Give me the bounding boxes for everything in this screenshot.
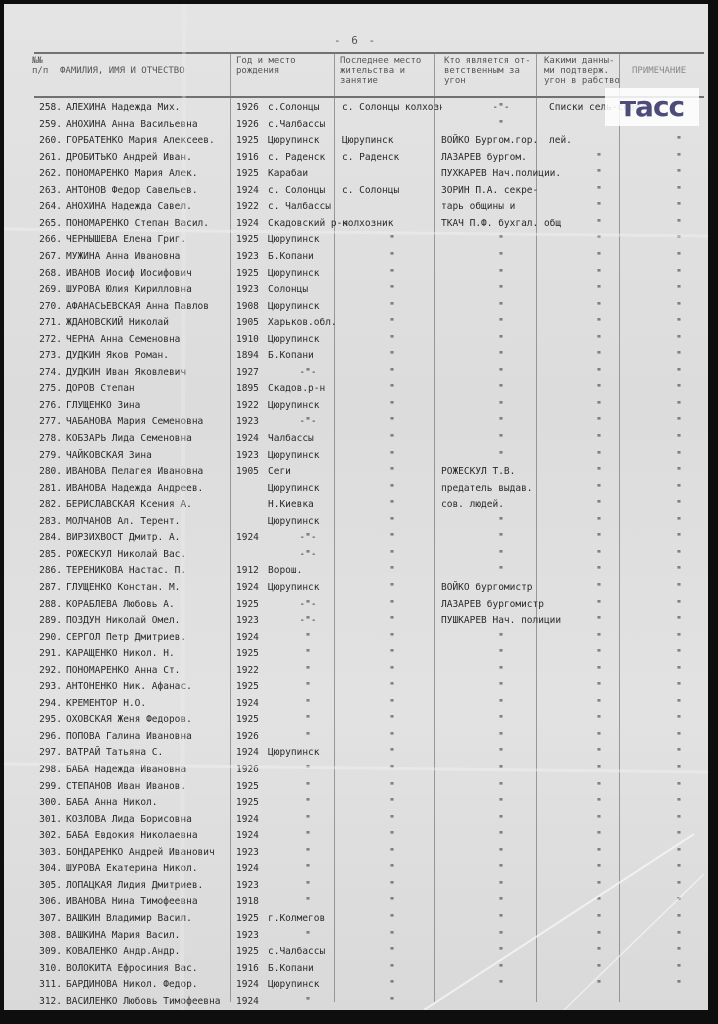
cell-proof: " (549, 597, 649, 612)
cell-year: 1905 (236, 315, 266, 330)
cell-place: с.Чалбассы (268, 117, 348, 132)
cell-responsible: " (441, 232, 561, 247)
cell-place: Сеги (268, 464, 348, 479)
cell-residence: " (342, 448, 442, 463)
cell-note: " (654, 894, 704, 909)
cell-no: 308. (32, 928, 62, 943)
cell-proof: " (549, 845, 649, 860)
cell-responsible: ЛАЗАРЕВ бургом. (441, 150, 561, 165)
cell-note: " (654, 547, 704, 562)
cell-year: 1923 (236, 414, 266, 429)
cell-no: 295. (32, 712, 62, 727)
cell-year: 1924 (236, 745, 266, 760)
cell-year: 1925 (236, 795, 266, 810)
cell-responsible: " (441, 348, 561, 363)
cell-place: " (268, 779, 348, 794)
cell-place: -"- (268, 597, 348, 612)
cell-name: ТЕРЕНИКОВА Настас. П. (66, 563, 252, 578)
cell-residence: " (342, 712, 442, 727)
cell-proof: " (549, 481, 649, 496)
cell-no: 286. (32, 563, 62, 578)
cell-note: " (654, 613, 704, 628)
cell-name: КОРАБЛЕВА Любовь А. (66, 597, 252, 612)
header-birth: Год и место рождения (236, 56, 296, 76)
cell-note: " (654, 828, 704, 843)
cell-note: " (654, 150, 704, 165)
cell-residence: " (342, 481, 442, 496)
cell-place: Цюрупинск (268, 299, 348, 314)
cell-no: 270. (32, 299, 62, 314)
cell-note: " (654, 845, 704, 860)
cell-place: Цюрупинск (268, 514, 348, 529)
cell-residence: " (342, 663, 442, 678)
cell-residence: " (342, 332, 442, 347)
cell-no: 302. (32, 828, 62, 843)
cell-place: " (268, 679, 348, 694)
cell-name: ИВАНОВА Пелагея Ивановна (66, 464, 252, 479)
cell-name: КАРАЩЕНКО Никол. Н. (66, 646, 252, 661)
cell-place: " (268, 696, 348, 711)
cell-note: " (654, 398, 704, 413)
header-note: ПРИМЕЧАНИЕ (632, 66, 686, 76)
cell-year: 1923 (236, 928, 266, 943)
cell-year: 1923 (236, 878, 266, 893)
cell-name: АНОХИНА Надежда Савел. (66, 199, 252, 214)
cell-proof: " (549, 911, 649, 926)
table-row: 285.РОЖЕСКУЛ Николай Вас.-"-"""" (4, 547, 708, 562)
cell-place: Цюрупинск (268, 448, 348, 463)
cell-note: " (654, 563, 704, 578)
cell-year: 1895 (236, 381, 266, 396)
cell-name: ВИРЗИХВОСТ Дмитр. А. (66, 530, 252, 545)
cell-no: 300. (32, 795, 62, 810)
cell-responsible: " (441, 729, 561, 744)
cell-note: " (654, 232, 704, 247)
cell-responsible: " (441, 630, 561, 645)
cell-note: " (654, 183, 704, 198)
cell-no: 282. (32, 497, 62, 512)
cell-name: ЧАЙКОВСКАЯ Зина (66, 448, 252, 463)
cell-name: КОБЗАРЬ Лида Семеновна (66, 431, 252, 446)
table-row: 281.ИВАНОВА Надежда Андреев.Цюрупинск"пр… (4, 481, 708, 496)
cell-proof: " (549, 861, 649, 876)
cell-year: 1926 (236, 117, 266, 132)
cell-proof: " (549, 332, 649, 347)
cell-year: 1924 (236, 530, 266, 545)
cell-place: Скадов.р-н (268, 381, 348, 396)
header-bottom-rule (34, 96, 704, 98)
cell-residence: " (342, 398, 442, 413)
cell-place: с.Солонцы (268, 100, 348, 115)
table-row: 279.ЧАЙКОВСКАЯ Зина1923Цюрупинск"""" (4, 448, 708, 463)
cell-note: " (654, 580, 704, 595)
cell-no: 292. (32, 663, 62, 678)
cell-residence: " (342, 597, 442, 612)
cell-name: ЧЕРНА Анна Семеновна (66, 332, 252, 347)
cell-no: 276. (32, 398, 62, 413)
cell-note: " (654, 597, 704, 612)
cell-proof: " (549, 514, 649, 529)
cell-proof: " (549, 712, 649, 727)
table-row: 268.ИВАНОВ Иосиф Иосифович1925Цюрупинск"… (4, 266, 708, 281)
cell-proof: " (549, 547, 649, 562)
cell-name: КОЗЛОВА Лида Борисовна (66, 812, 252, 827)
cell-no: 310. (32, 961, 62, 976)
cell-responsible: ЗОРИН П.А. секре- (441, 183, 561, 198)
cell-residence: " (342, 977, 442, 992)
cell-residence: " (342, 580, 442, 595)
cell-no: 312. (32, 994, 62, 1009)
cell-residence: " (342, 745, 442, 760)
cell-responsible: " (441, 795, 561, 810)
cell-place: с. Солонцы (268, 183, 348, 198)
cell-proof: " (549, 613, 649, 628)
cell-proof: " (549, 348, 649, 363)
cell-note: " (654, 497, 704, 512)
cell-name: ПОНОМАРЕНКО Степан Васил. (66, 216, 252, 231)
cell-proof: " (549, 563, 649, 578)
cell-proof: " (549, 928, 649, 943)
cell-residence: " (342, 779, 442, 794)
cell-no: 267. (32, 249, 62, 264)
cell-residence: " (342, 911, 442, 926)
cell-note: " (654, 961, 704, 976)
cell-year: 1922 (236, 398, 266, 413)
cell-name: ЧАБАНОВА Мария Семеновна (66, 414, 252, 429)
cell-proof: " (549, 249, 649, 264)
cell-no: 268. (32, 266, 62, 281)
cell-name: ЛОПАЦКАЯ Лидия Дмитриев. (66, 878, 252, 893)
cell-residence: " (342, 845, 442, 860)
cell-note: " (654, 514, 704, 529)
cell-responsible: " (441, 944, 561, 959)
cell-responsible: РОЖЕСКУЛ Т.В. (441, 464, 561, 479)
cell-proof: " (549, 398, 649, 413)
cell-residence: колхозник (342, 216, 442, 231)
cell-note: " (654, 282, 704, 297)
cell-responsible: ПУШКАРЕВ Нач. полиции. (441, 613, 561, 628)
cell-year: 1925 (236, 266, 266, 281)
cell-residence: " (342, 961, 442, 976)
cell-responsible: предатель выдав. (441, 481, 561, 496)
table-row: 278.КОБЗАРЬ Лида Семеновна1924Чалбассы""… (4, 431, 708, 446)
cell-residence: " (342, 795, 442, 810)
cell-name: СЕРГОЛ Петр Дмитриев. (66, 630, 252, 645)
table-row: 270.АФАНАСЬЕВСКАЯ Анна Павлов1908Цюрупин… (4, 299, 708, 314)
cell-no: 298. (32, 762, 62, 777)
table-row: 272.ЧЕРНА Анна Семеновна1910Цюрупинск"""… (4, 332, 708, 347)
cell-proof: " (549, 232, 649, 247)
cell-responsible: " (441, 299, 561, 314)
cell-place: Солонцы (268, 282, 348, 297)
cell-proof: " (549, 299, 649, 314)
cell-note: " (654, 315, 704, 330)
table-row: 267.МУЖИНА Анна Ивановна1923Б.Копани"""" (4, 249, 708, 264)
cell-proof: лей. (549, 133, 649, 148)
cell-name: ПОНОМАРЕНКО Анна Ст. (66, 663, 252, 678)
cell-responsible: " (441, 365, 561, 380)
cell-no: 306. (32, 894, 62, 909)
cell-residence: " (342, 365, 442, 380)
cell-proof: " (549, 166, 649, 181)
cell-year: 1922 (236, 199, 266, 214)
cell-responsible: ТКАЧ П.Ф. бухгал. общины. (441, 216, 561, 231)
table-row: 301.КОЗЛОВА Лида Борисовна1924""""" (4, 812, 708, 827)
cell-responsible: " (441, 828, 561, 843)
cell-responsible: " (441, 911, 561, 926)
cell-responsible: " (441, 448, 561, 463)
cell-name: ИВАНОВА Нина Тимофеевна (66, 894, 252, 909)
cell-responsible: " (441, 762, 561, 777)
cell-place: Цюрупинск (268, 232, 348, 247)
table-row: 309.КОВАЛЕНКО Андр.Андр.1925с.Чалбассы""… (4, 944, 708, 959)
cell-responsible: " (441, 712, 561, 727)
table-row: 263.АНТОНОВ Федор Савельев.1924с. Солонц… (4, 183, 708, 198)
cell-year: 1926 (236, 729, 266, 744)
cell-no: 296. (32, 729, 62, 744)
table-row: 282.БЕРИСЛАВСКАЯ Ксения А.Н.Киевка"сов. … (4, 497, 708, 512)
cell-year: 1925 (236, 712, 266, 727)
cell-place: Цюрупинск (268, 266, 348, 281)
cell-responsible: " (441, 845, 561, 860)
cell-place: " (268, 894, 348, 909)
cell-year: 1925 (236, 646, 266, 661)
cell-proof: " (549, 630, 649, 645)
cell-note: " (654, 911, 704, 926)
cell-name: ПОНОМАРЕНКО Мария Алек. (66, 166, 252, 181)
table-row: 264.АНОХИНА Надежда Савел.1922с. Чалбасс… (4, 199, 708, 214)
table-row: 299.СТЕПАНОВ Иван Иванов.1925""""" (4, 779, 708, 794)
table-row: 305.ЛОПАЦКАЯ Лидия Дмитриев.1923""""" (4, 878, 708, 893)
table-row: 310.ВОЛОКИТА Ефросиния Вас.1916Б.Копани"… (4, 961, 708, 976)
cell-no: 288. (32, 597, 62, 612)
cell-year: 1926 (236, 100, 266, 115)
cell-year: 1925 (236, 166, 266, 181)
cell-year: 1925 (236, 679, 266, 694)
cell-residence: " (342, 679, 442, 694)
cell-residence: с. Раденск (342, 150, 442, 165)
cell-responsible: " (441, 381, 561, 396)
cell-residence: " (342, 944, 442, 959)
cell-responsible: " (441, 779, 561, 794)
cell-year: 1924 (236, 580, 266, 595)
cell-residence: " (342, 878, 442, 893)
table-row: 308.ВАШКИНА Мария Васил.1923""""" (4, 928, 708, 943)
cell-place: " (268, 712, 348, 727)
cell-year: 1918 (236, 894, 266, 909)
cell-responsible: " (441, 812, 561, 827)
cell-place: Цюрупинск (268, 745, 348, 760)
cell-year: 1924 (236, 183, 266, 198)
cell-responsible: " (441, 977, 561, 992)
cell-name: АНТОНЕНКО Ник. Афанас. (66, 679, 252, 694)
table-row: 280.ИВАНОВА Пелагея Ивановна1905Сеги"РОЖ… (4, 464, 708, 479)
cell-proof: " (549, 266, 649, 281)
cell-note: " (654, 299, 704, 314)
cell-note: " (654, 646, 704, 661)
cell-place: -"- (268, 530, 348, 545)
cell-responsible: " (441, 663, 561, 678)
cell-no: 260. (32, 133, 62, 148)
cell-no: 311. (32, 977, 62, 992)
cell-year: 1916 (236, 150, 266, 165)
header-top-rule (34, 52, 704, 54)
cell-proof: " (549, 414, 649, 429)
cell-no: 281. (32, 481, 62, 496)
cell-proof: " (549, 762, 649, 777)
cell-responsible: " (441, 117, 561, 132)
cell-no: 293. (32, 679, 62, 694)
cell-name: ДОРОВ Степан (66, 381, 252, 396)
cell-no: 273. (32, 348, 62, 363)
cell-name: МОЛЧАНОВ Ал. Терент. (66, 514, 252, 529)
cell-responsible: " (441, 547, 561, 562)
cell-place: " (268, 861, 348, 876)
cell-no: 265. (32, 216, 62, 231)
table-row: 306.ИВАНОВА Нина Тимофеевна1918""""" (4, 894, 708, 909)
cell-residence: " (342, 928, 442, 943)
cell-place: -"- (268, 414, 348, 429)
cell-no: 279. (32, 448, 62, 463)
cell-note: " (654, 133, 704, 148)
table-row: 269.ШУРОВА Юлия Кирилловна1923Солонцы"""… (4, 282, 708, 297)
cell-no: 297. (32, 745, 62, 760)
cell-name: РОЖЕСКУЛ Николай Вас. (66, 547, 252, 562)
cell-residence: " (342, 348, 442, 363)
cell-proof: " (549, 497, 649, 512)
cell-responsible: ПУХКАРЕВ Нач.полиции. (441, 166, 561, 181)
cell-proof: " (549, 961, 649, 976)
cell-place: Чалбассы (268, 431, 348, 446)
cell-place: " (268, 795, 348, 810)
cell-name: ЖДАНОВСКИЙ Николай (66, 315, 252, 330)
cell-place: " (268, 729, 348, 744)
cell-place: " (268, 663, 348, 678)
cell-name: ШУРОВА Юлия Кирилловна (66, 282, 252, 297)
cell-proof: " (549, 216, 649, 231)
cell-responsible: ВОЙКО бургомистр (441, 580, 561, 595)
table-row: 275.ДОРОВ Степан1895Скадов.р-н"""" (4, 381, 708, 396)
cell-name: ДУДКИН Яков Роман. (66, 348, 252, 363)
cell-proof: " (549, 828, 649, 843)
cell-name: ГОРБАТЕНКО Мария Алексеев. (66, 133, 252, 148)
cell-year: 1912 (236, 563, 266, 578)
cell-no: 274. (32, 365, 62, 380)
cell-name: БАБА Анна Никол. (66, 795, 252, 810)
header-responsible: Кто является от- ветственным за угон (444, 56, 531, 86)
cell-responsible: " (441, 266, 561, 281)
cell-no: 307. (32, 911, 62, 926)
cell-responsible: " (441, 530, 561, 545)
cell-year: 1923 (236, 282, 266, 297)
cell-note: " (654, 712, 704, 727)
cell-place: Цюрупинск (268, 332, 348, 347)
cell-responsible: " (441, 894, 561, 909)
cell-no: 263. (32, 183, 62, 198)
cell-year: 1925 (236, 944, 266, 959)
cell-place: " (268, 845, 348, 860)
cell-residence: " (342, 299, 442, 314)
header-name: ФАМИЛИЯ, ИМЯ И ОТЧЕСТВО (60, 66, 185, 76)
cell-name: ВАШКИН Владимир Васил. (66, 911, 252, 926)
cell-proof: " (549, 580, 649, 595)
cell-place: Н.Киевка (268, 497, 348, 512)
cell-year: 1925 (236, 779, 266, 794)
cell-no: 278. (32, 431, 62, 446)
tass-watermark: тасс (605, 88, 699, 126)
table-row: 273.ДУДКИН Яков Роман.1894Б.Копани"""" (4, 348, 708, 363)
cell-residence: " (342, 828, 442, 843)
cell-proof: " (549, 894, 649, 909)
cell-residence: " (342, 646, 442, 661)
cell-no: 309. (32, 944, 62, 959)
cell-note: " (654, 928, 704, 943)
cell-name: ШУРОВА Екатерина Никол. (66, 861, 252, 876)
cell-note: " (654, 696, 704, 711)
table-row: 276.ГЛУЩЕНКО Зина1922Цюрупинск"""" (4, 398, 708, 413)
cell-no: 301. (32, 812, 62, 827)
cell-name: ГЛУЩЕНКО Констан. М. (66, 580, 252, 595)
cell-name: БЕРИСЛАВСКАЯ Ксения А. (66, 497, 252, 512)
cell-proof: " (549, 795, 649, 810)
cell-year: 1925 (236, 597, 266, 612)
cell-proof: " (549, 812, 649, 827)
cell-proof: " (549, 779, 649, 794)
cell-residence: " (342, 613, 442, 628)
cell-proof: " (549, 729, 649, 744)
cell-note: " (654, 977, 704, 992)
cell-year: 1924 (236, 812, 266, 827)
table-row: 303.БОНДАРЕНКО Андрей Иванович1923""""" (4, 845, 708, 860)
cell-name: БАБА Надежда Ивановна (66, 762, 252, 777)
cell-responsible: " (441, 679, 561, 694)
cell-proof: " (549, 944, 649, 959)
cell-note: " (654, 944, 704, 959)
cell-no: 261. (32, 150, 62, 165)
cell-note: " (654, 812, 704, 827)
cell-name: ДУДКИН Иван Яковлевич (66, 365, 252, 380)
cell-responsible: сов. людей. (441, 497, 561, 512)
cell-note: " (654, 166, 704, 181)
table-row: 284.ВИРЗИХВОСТ Дмитр. А.1924-"-"""" (4, 530, 708, 545)
table-row: 271.ЖДАНОВСКИЙ Николай1905Харьков.обл.""… (4, 315, 708, 330)
cell-note: " (654, 679, 704, 694)
table-row: 312.ВАСИЛЕНКО Любовь Тимофеевна1924"" (4, 994, 708, 1009)
table-row: 274.ДУДКИН Иван Яковлевич1927-"-"""" (4, 365, 708, 380)
cell-name: БАРДИНОВА Никол. Федор. (66, 977, 252, 992)
cell-responsible: " (441, 861, 561, 876)
cell-proof: " (549, 431, 649, 446)
cell-residence: " (342, 762, 442, 777)
cell-responsible: " (441, 514, 561, 529)
cell-no: 294. (32, 696, 62, 711)
cell-responsible: " (441, 563, 561, 578)
cell-note: " (654, 630, 704, 645)
table-row: 259.АНОХИНА Анна Васильевна1926с.Чалбасс… (4, 117, 708, 132)
cell-place: " (268, 630, 348, 645)
table-row: 265.ПОНОМАРЕНКО Степан Васил.1924Скадовс… (4, 216, 708, 231)
table-row: 261.ДРОБИТЬКО Андрей Иван.1916с. Раденск… (4, 150, 708, 165)
cell-residence: " (342, 266, 442, 281)
cell-no: 283. (32, 514, 62, 529)
cell-proof: " (549, 381, 649, 396)
cell-year: 1924 (236, 994, 266, 1009)
cell-place: -"- (268, 365, 348, 380)
cell-note: " (654, 795, 704, 810)
cell-no: 262. (32, 166, 62, 181)
cell-residence: " (342, 232, 442, 247)
cell-place: " (268, 828, 348, 843)
